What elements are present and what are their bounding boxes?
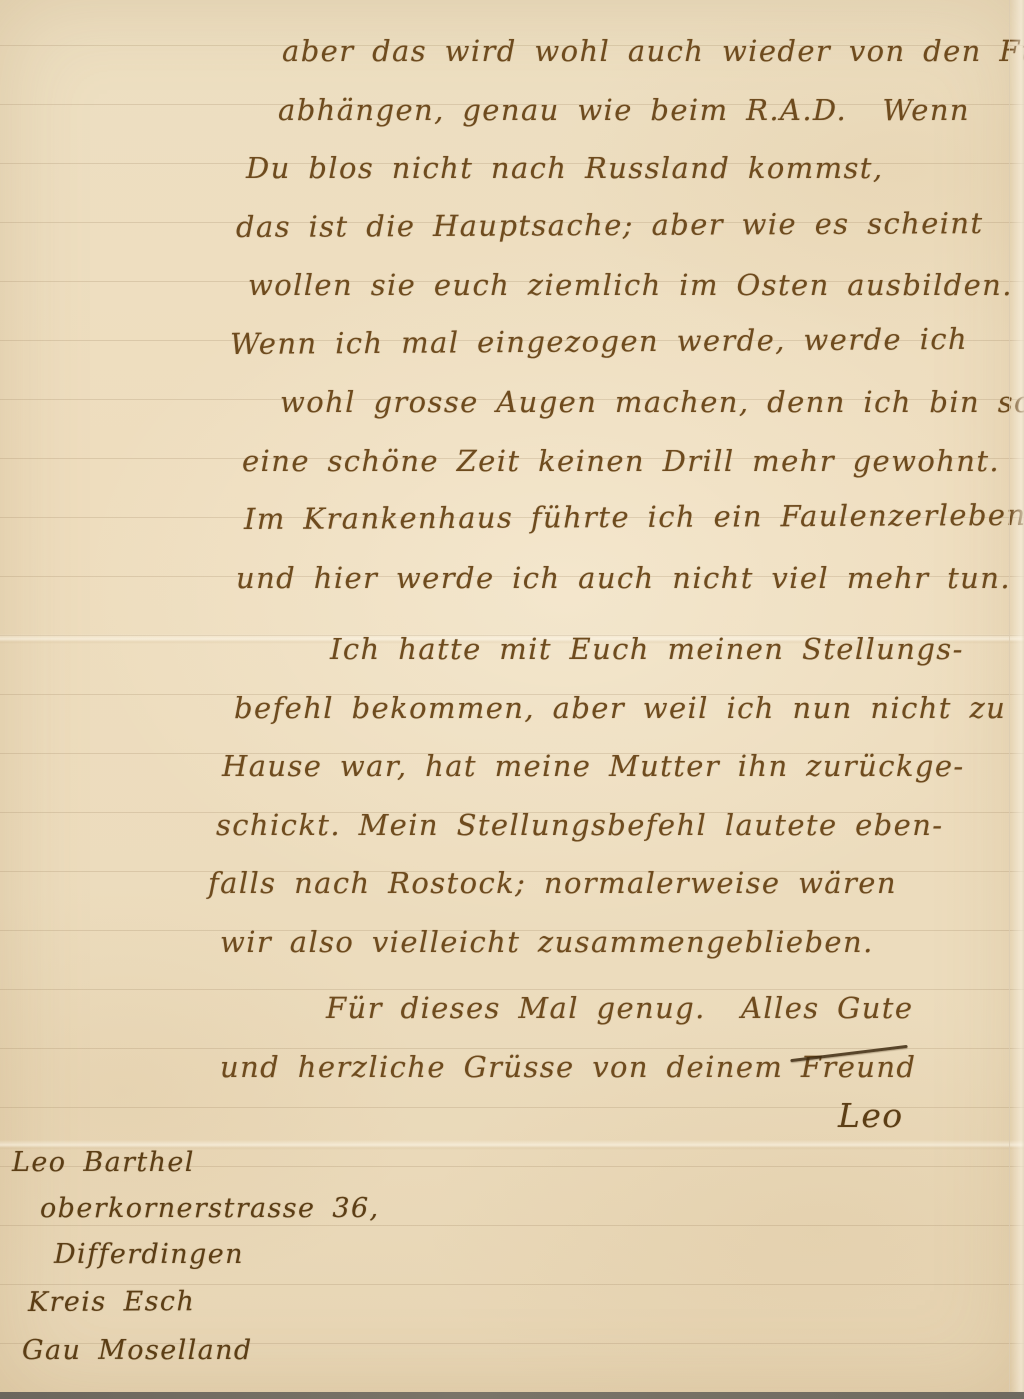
letter-line: schickt. Mein Stellungsbefehl lautete eb… — [216, 796, 1024, 855]
sender-line: Gau Moselland — [22, 1328, 380, 1374]
letter-line: befehl bekommen, aber weil ich nun nicht… — [234, 679, 1024, 738]
sender-block: Leo Bartheloberkornerstrasse 36,Differdi… — [12, 1140, 380, 1374]
letter-line: wollen sie euch ziemlich im Osten ausbil… — [248, 256, 1024, 315]
sender-line: Leo Barthel — [12, 1140, 380, 1186]
letter-line: Für dieses Mal genug. Alles Gute — [230, 979, 1024, 1038]
letter-line: Im Krankenhaus führte ich ein Faulenzerl… — [244, 486, 1024, 549]
paper-edge-right — [1009, 0, 1024, 1399]
letter-line: das ist die Hauptsache; aber wie es sche… — [236, 193, 1024, 256]
signature: Leo — [838, 1096, 904, 1135]
sender-line: oberkornerstrasse 36, — [40, 1186, 380, 1232]
paper-edge-bottom — [0, 1383, 1024, 1399]
letter-line: abhängen, genau wie beim R.A.D. Wenn — [278, 81, 1024, 140]
letter-line: Wenn ich mal eingezogen werde, werde ich — [230, 309, 1024, 373]
letter-line: falls nach Rostock; normalerweise wären — [208, 854, 1024, 913]
letter-line: eine schöne Zeit keinen Drill mehr gewoh… — [242, 432, 1024, 491]
letter-line: wir also vielleicht zusammengeblieben. — [220, 913, 1024, 972]
letter-line: Hause war, hat meine Mutter ihn zurückge… — [222, 737, 1024, 796]
letter-line: Ich hatte mit Euch meinen Stellungs- — [230, 620, 1024, 679]
letter-page: aber das wird wohl auch wieder von den F… — [0, 0, 1024, 1399]
letter-line: wohl grosse Augen machen, denn ich bin s… — [280, 373, 1024, 432]
sender-line: Differdingen — [54, 1232, 380, 1278]
sender-line: Kreis Esch — [28, 1278, 380, 1326]
letter-line: aber das wird wohl auch wieder von den F… — [282, 22, 1024, 81]
letter-line: und hier werde ich auch nicht viel mehr … — [236, 549, 1024, 608]
letter-line: Du blos nicht nach Russland kommst, — [246, 139, 1024, 198]
letter-body: aber das wird wohl auch wieder von den F… — [230, 22, 1024, 1096]
